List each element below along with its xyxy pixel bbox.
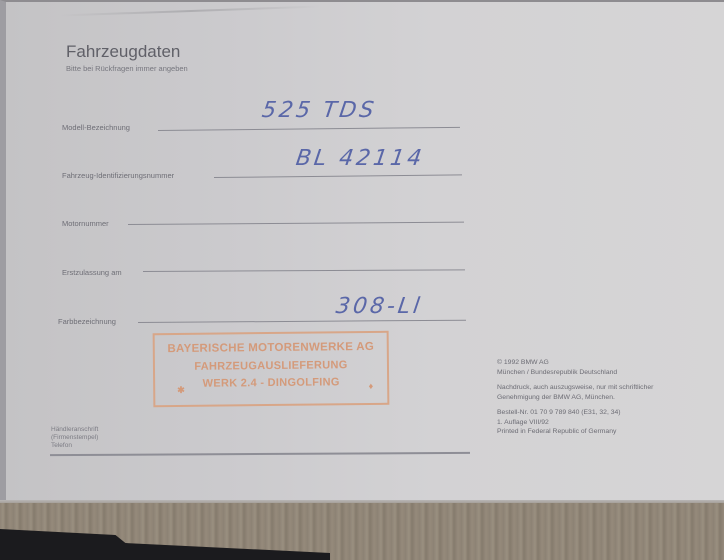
stamp-star-icon: ✱ [177, 385, 185, 396]
imprint-block: © 1992 BMW AG München / Bundesrepublik D… [497, 358, 653, 437]
dealer-phone-label: Telefon [51, 442, 98, 450]
dealer-address-block: Händleranschrift (Firmenstempel) Telefon [51, 426, 98, 450]
field-value-model: 525 TDS [260, 98, 378, 123]
imprint-printed: Printed in Federal Republic of Germany [497, 427, 653, 437]
page-title: Fahrzeugdaten [66, 42, 180, 62]
imprint-edition: 1. Auflage VIII/92 [497, 418, 653, 428]
imprint-reprint-1: Nachdruck, auch auszugsweise, nur mit sc… [497, 383, 653, 393]
page-subtitle: Bitte bei Rückfragen immer angeben [66, 64, 188, 73]
stamp-line-department: FAHRZEUGAUSLIEFERUNG [155, 359, 387, 373]
imprint-copyright: © 1992 BMW AG [497, 358, 653, 368]
imprint-reprint-2: Genehmigung der BMW AG, München. [497, 393, 653, 403]
dealer-stamp-label: (Firmenstempel) [51, 434, 98, 442]
stamp-line-company: BAYERISCHE MOTORENWERKE AG [155, 341, 387, 355]
dealer-address-label: Händleranschrift [51, 426, 98, 434]
imprint-location: München / Bundesrepublik Deutschland [497, 368, 653, 378]
dealer-delivery-stamp: BAYERISCHE MOTORENWERKE AG FAHRZEUGAUSLI… [153, 331, 390, 407]
field-label-color: Farbbezeichnung [58, 317, 116, 326]
field-label-vin: Fahrzeug-Identifizierungsnummer [62, 171, 174, 180]
field-value-vin: BL 42114 [294, 146, 426, 171]
stamp-line-plant: WERK 2.4 - DINGOLFING [155, 376, 387, 390]
field-value-color: 308-Ll [334, 294, 424, 319]
stamp-drop-icon: ♦ [369, 381, 374, 391]
field-label-engine-number: Motornummer [62, 219, 109, 228]
imprint-order-number: Bestell-Nr. 01 70 9 789 840 (E31, 32, 34… [497, 408, 653, 418]
field-label-first-registration: Erstzulassung am [62, 268, 122, 277]
field-label-model: Modell-Bezeichnung [62, 123, 130, 132]
